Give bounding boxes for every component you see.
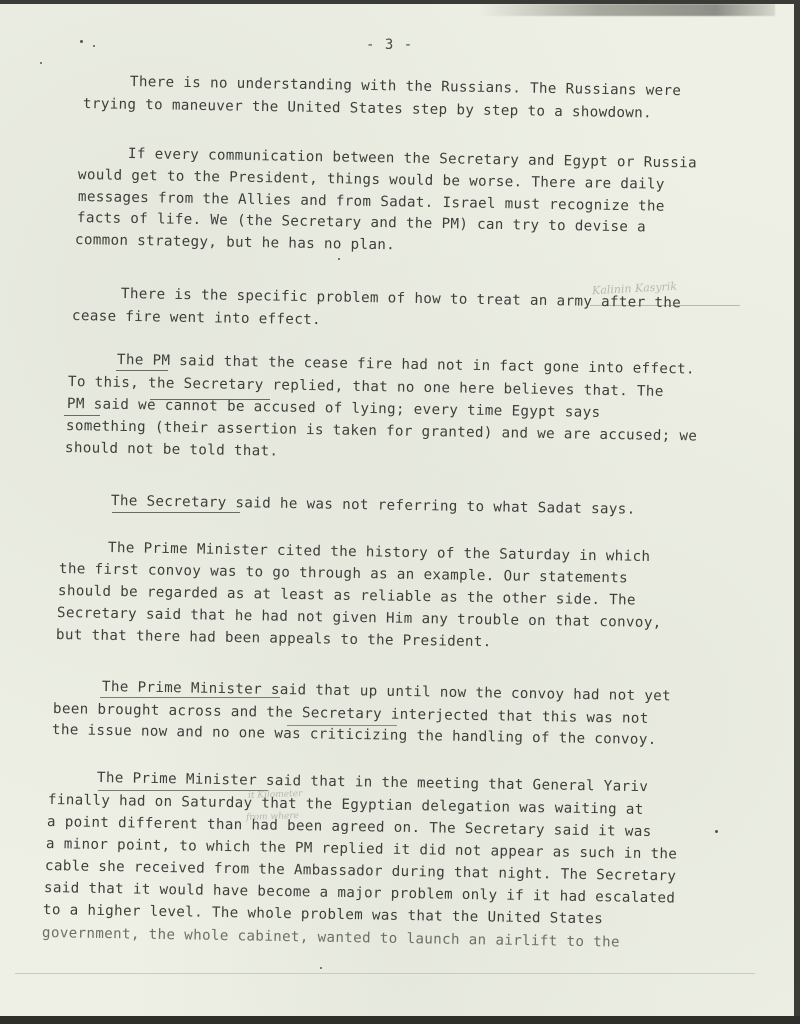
paragraph-8-line-3: a point different than had been agreed o…	[47, 814, 652, 840]
paragraph-8-line-4: a minor point, to which the PM replied i…	[46, 836, 677, 862]
scan-smudge	[480, 4, 775, 16]
underline-mark	[112, 512, 240, 513]
underline-mark	[116, 370, 168, 371]
paragraph-2-line-2: would get to the President, things would…	[78, 167, 665, 193]
paragraph-4-line-1: The PM said that the cease fire had not …	[117, 352, 695, 378]
paragraph-8-line-8: government, the whole cabinet, wanted to…	[42, 925, 620, 951]
paragraph-8-line-5: cable she received from the Ambassador d…	[45, 858, 676, 884]
scan-speck	[40, 62, 42, 64]
paragraph-2-line-1: If every communication between the Secre…	[128, 146, 697, 171]
paragraph-6-line-1: The Prime Minister cited the history of …	[108, 540, 651, 565]
page-number: - 3 -	[366, 37, 413, 53]
scan-border-top	[0, 0, 800, 4]
document-page: - 3 - There is no understanding with the…	[0, 0, 795, 1016]
paragraph-8-line-2: finally had on Saturday that the Egyptia…	[48, 792, 644, 818]
paragraph-8-line-6: said that it would have become a major p…	[44, 880, 675, 906]
underline-mark	[98, 790, 268, 791]
paragraph-1-line-2: trying to maneuver the United States ste…	[83, 96, 652, 121]
scan-speck	[93, 45, 95, 47]
paragraph-6-line-5: but that there had been appeals to the P…	[56, 627, 492, 650]
scan-speck	[80, 40, 83, 43]
scan-speck	[320, 967, 322, 969]
underline-mark	[64, 415, 100, 416]
paragraph-6-line-3: should be regarded as at least as reliab…	[58, 583, 636, 609]
scan-border-bottom	[0, 1016, 800, 1024]
paragraph-6-line-4: Secretary said that he had not given Him…	[57, 605, 662, 631]
paragraph-5-line-1: The Secretary said he was not referring …	[111, 493, 636, 518]
paragraph-8-line-7: to a higher level. The whole problem was…	[43, 902, 603, 927]
paragraph-4-line-2: To this, the Secretary replied, that no …	[68, 374, 664, 400]
paragraph-4-line-3: PM said we cannot be accused of lying; e…	[67, 396, 601, 421]
paragraph-1-line-1: There is no understanding with the Russi…	[130, 74, 681, 99]
paragraph-6-line-2: the first convoy was to go through as an…	[59, 561, 628, 586]
paragraph-4-line-5: should not be told that.	[65, 440, 279, 460]
scan-speck	[338, 258, 340, 260]
paragraph-2-line-4: facts of life. We (the Secretary and the…	[77, 210, 646, 235]
paragraph-2-line-5: common strategy, but he has no plan.	[75, 232, 395, 253]
page-fold-line	[15, 973, 755, 974]
paragraph-4-line-4: something (their assertion is taken for …	[66, 418, 697, 444]
scan-border-right	[794, 0, 800, 1024]
paragraph-7-line-1: The Prime Minister said that up until no…	[102, 679, 671, 704]
paragraph-3-line-2: cease fire went into effect.	[72, 308, 321, 328]
paragraph-8-line-1: The Prime Minister said that in the meet…	[97, 770, 648, 795]
scan-speck	[715, 830, 718, 833]
